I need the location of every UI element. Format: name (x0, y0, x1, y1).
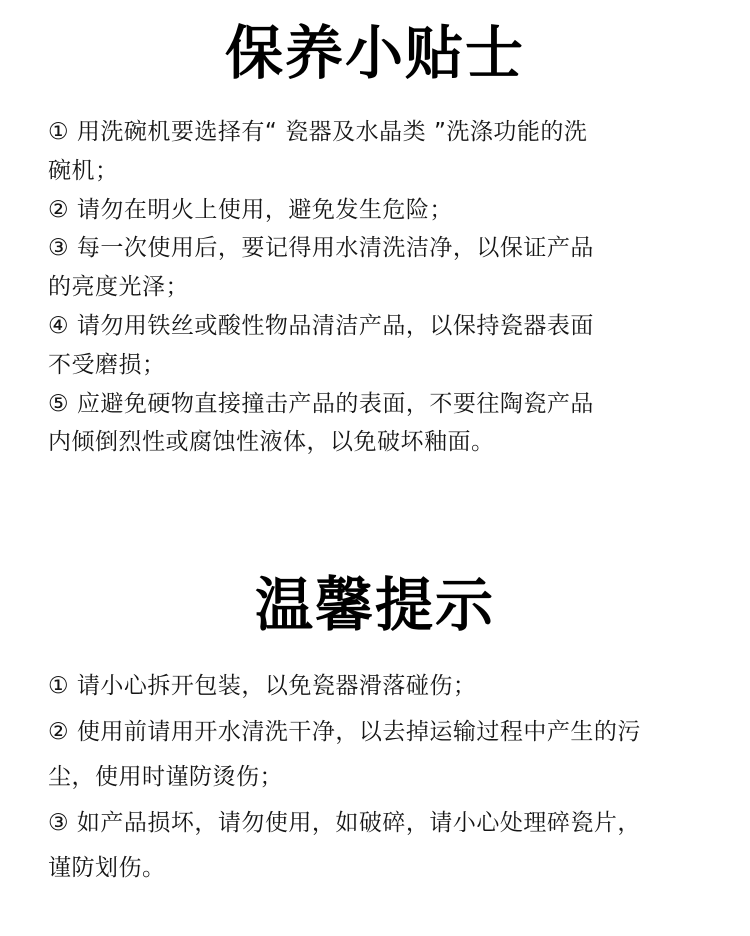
warm-reminder-line: ② 使用前请用开水清洗干净，以去掉运输过程中产生的污 (48, 710, 728, 756)
warm-reminder-title: 温馨提示 (0, 570, 750, 640)
warm-reminder-line: 尘，使用时谨防烫伤； (48, 755, 728, 801)
warm-reminder-line: ③ 如产品损坏，请勿使用，如破碎，请小心处理碎瓷片， (48, 801, 728, 847)
warm-reminder-list: ① 请小心拆开包装，以免瓷器滑落碰伤； ② 使用前请用开水清洗干净，以去掉运输过… (48, 664, 728, 892)
care-tip-line: ② 请勿在明火上使用，避免发生危险； (48, 191, 728, 230)
care-tip-line: 的亮度光泽； (48, 268, 728, 307)
care-tip-line: 不受磨损； (48, 346, 728, 385)
care-tips-list: ① 用洗碗机要选择有“ 瓷器及水晶类 ”洗涤功能的洗 碗机； ② 请勿在明火上使… (48, 113, 728, 462)
care-tip-line: ③ 每一次使用后，要记得用水清洗洁净，以保证产品 (48, 229, 728, 268)
care-tip-line: ④ 请勿用铁丝或酸性物品清洁产品，以保持瓷器表面 (48, 307, 728, 346)
warm-reminder-line: ① 请小心拆开包装，以免瓷器滑落碰伤； (48, 664, 728, 710)
warm-reminder-line: 谨防划伤。 (48, 846, 728, 892)
care-tip-line: 内倾倒烈性或腐蚀性液体，以免破坏釉面。 (48, 423, 728, 462)
care-tip-line: ⑤ 应避免硬物直接撞击产品的表面，不要往陶瓷产品 (48, 385, 728, 424)
care-tips-title: 保养小贴士 (0, 18, 750, 88)
care-tip-line: ① 用洗碗机要选择有“ 瓷器及水晶类 ”洗涤功能的洗 (48, 113, 728, 152)
care-tip-line: 碗机； (48, 152, 728, 191)
